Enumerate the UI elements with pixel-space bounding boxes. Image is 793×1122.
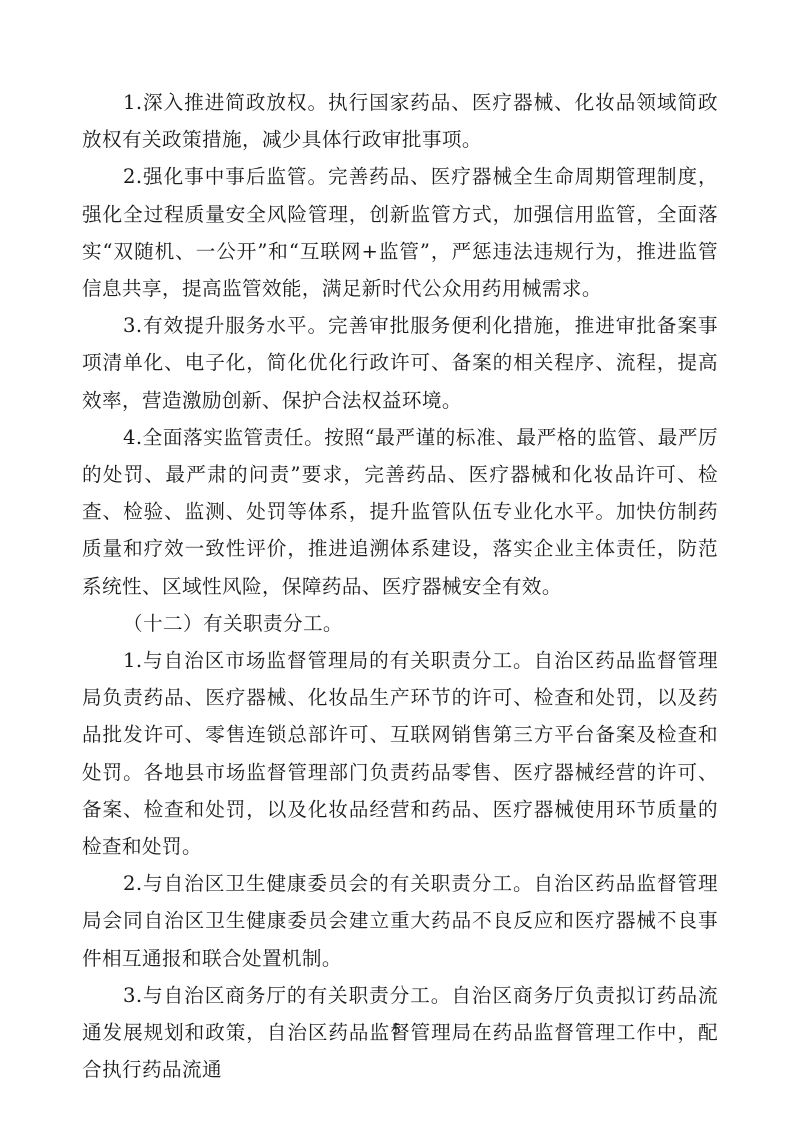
document-body: 1.深入推进简政放权。执行国家药品、医疗器械、化妆品领域简政放权有关政策措施，减…: [82, 84, 718, 1088]
paragraph-strengthen-supervision: 2.强化事中事后监管。完善药品、医疗器械全生命周期管理制度，强化全过程质量安全风…: [82, 158, 718, 307]
paragraph-streamline-administration: 1.深入推进简政放权。执行国家药品、医疗器械、化妆品领域简政放权有关政策措施，减…: [82, 84, 718, 158]
paragraph-health-commission-division: 2.与自治区卫生健康委员会的有关职责分工。自治区药品监督管理局会同自治区卫生健康…: [82, 865, 718, 977]
paragraph-improve-service: 3.有效提升服务水平。完善审批服务便利化措施，推进审批备案事项清单化、电子化，简…: [82, 307, 718, 419]
section-heading: （十二）有关职责分工。: [82, 605, 718, 642]
page-number: 5: [0, 1022, 793, 1038]
paragraph-regulatory-responsibility: 4.全面落实监管责任。按照“最严谨的标准、最严格的监管、最严厉的处罚、最严肃的问…: [82, 419, 718, 605]
paragraph-market-regulation-division: 1.与自治区市场监督管理局的有关职责分工。自治区药品监督管理局负责药品、医疗器械…: [82, 642, 718, 865]
